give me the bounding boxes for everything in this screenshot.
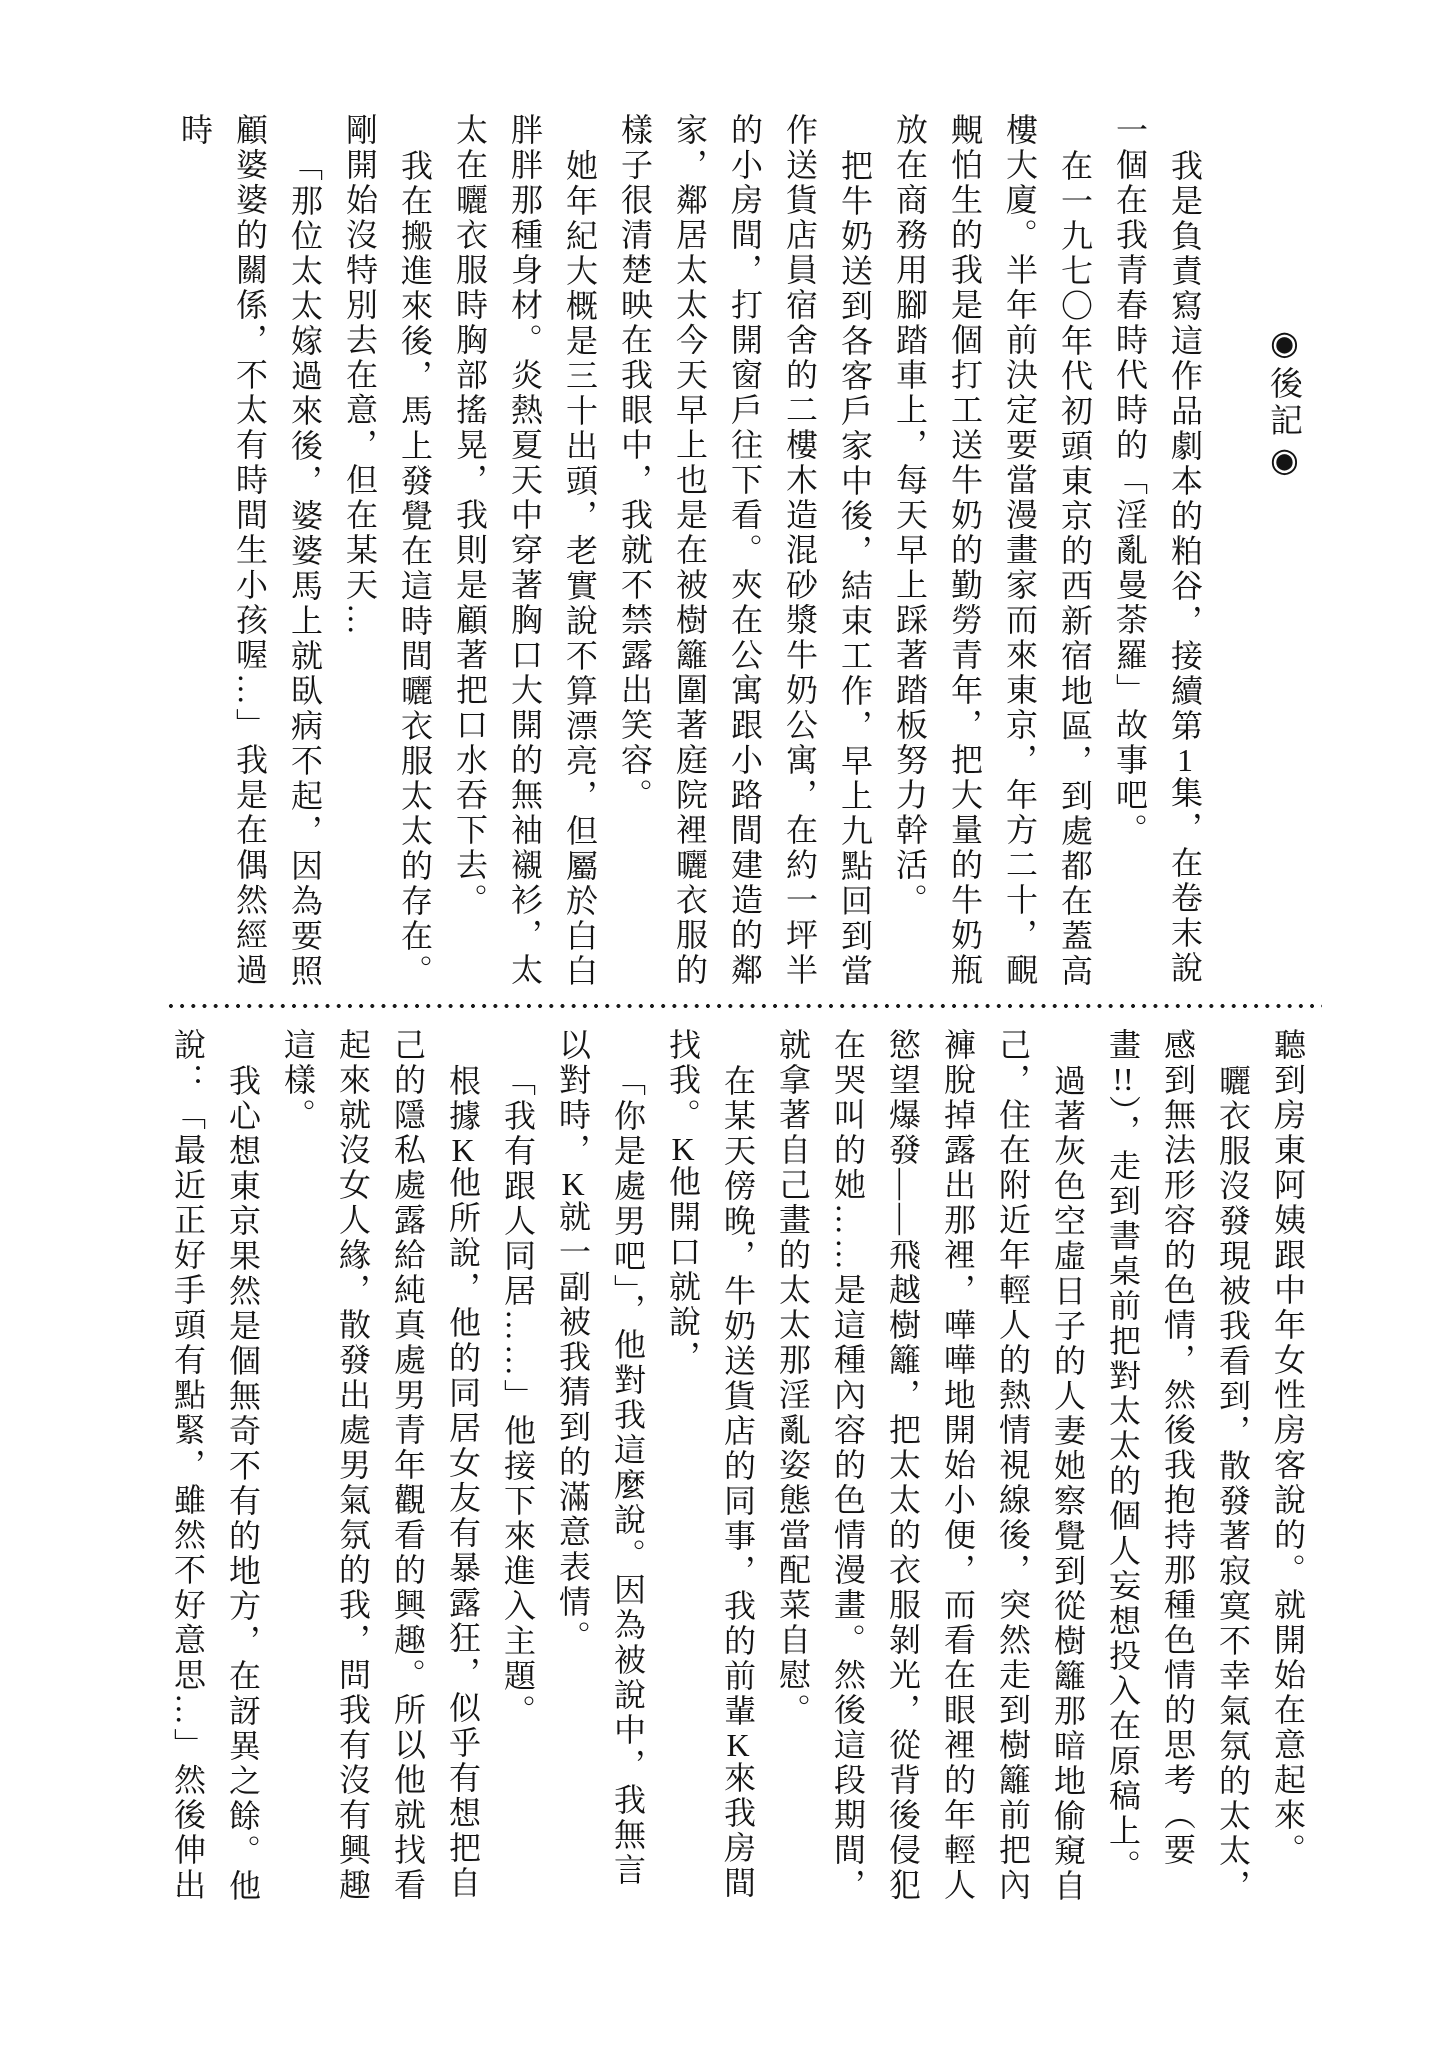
paragraph: 根據K他所說，他的同居女友有暴露狂，似乎有想把自己的隱私處露給純真處男青年觀看的…	[270, 1028, 490, 1906]
dotted-section-divider	[168, 1003, 1322, 1009]
bottom-text-block: 聽到房東阿姨跟中年女性房客說的。就開始在意起來。 曬衣服沒發現被我看到，散發著寂…	[160, 1028, 1315, 1906]
paragraph: 我心想東京果然是個無奇不有的地方，在訝異之餘。他說：「最近正好手頭有點緊，雖然不…	[160, 1028, 270, 1906]
paragraph: 在某天傍晚，牛奶送貨店的同事，我的前輩K來我房間找我。K他開口就說，	[655, 1028, 765, 1906]
paragraph: 曬衣服沒發現被我看到，散發著寂寞不幸氣氛的太太，感到無法形容的色情，然後我抱持那…	[1095, 1028, 1260, 1906]
paragraph: 在一九七〇年代初頭東京的西新宿地區，到處都在蓋高樓大廈。半年前決定要當漫畫家而來…	[882, 113, 1102, 991]
paragraph-continuation: 聽到房東阿姨跟中年女性房客說的。就開始在意起來。	[1260, 1028, 1315, 1906]
book-page: ◉後記◉ 我是負責寫這作品劇本的粕谷，接續第1集，在卷末說一個在我青春時代時的「…	[0, 0, 1440, 2048]
paragraph: 「那位太太嫁過來後，婆婆馬上就臥病不起，因為要照顧婆婆的關係，不太有時間生小孩喔…	[167, 113, 332, 991]
top-text-block: 我是負責寫這作品劇本的粕谷，接續第1集，在卷末說一個在我青春時代時的「淫亂曼荼羅…	[167, 113, 1212, 991]
paragraph: 過著灰色空虛日子的人妻她察覺到從樹籬那暗地偷窺自己，住在附近年輕人的熱情視線後，…	[765, 1028, 1095, 1906]
paragraph: 「你是處男吧」，他對我這麼說。因為被說中，我無言以對時，K就一副被我猜到的滿意表…	[545, 1028, 655, 1906]
paragraph: 把牛奶送到各客戶家中後，結束工作，早上九點回到當作送貨店員宿舍的二樓木造混砂漿牛…	[607, 113, 882, 991]
paragraph: 我在搬進來後，馬上發覺在這時間曬衣服太太的存在。剛開始沒特別去在意，但在某天…	[332, 113, 442, 991]
paragraph: 我是負責寫這作品劇本的粕谷，接續第1集，在卷末說一個在我青春時代時的「淫亂曼荼羅…	[1102, 113, 1212, 991]
paragraph: 「我有跟人同居……」他接下來進入主題。	[490, 1028, 545, 1906]
paragraph: 她年紀大概是三十出頭，老實說不算漂亮，但屬於白白胖胖那種身材。炎熱夏天中穿著胸口…	[442, 113, 607, 991]
afterword-title: ◉後記◉	[1255, 323, 1310, 1023]
